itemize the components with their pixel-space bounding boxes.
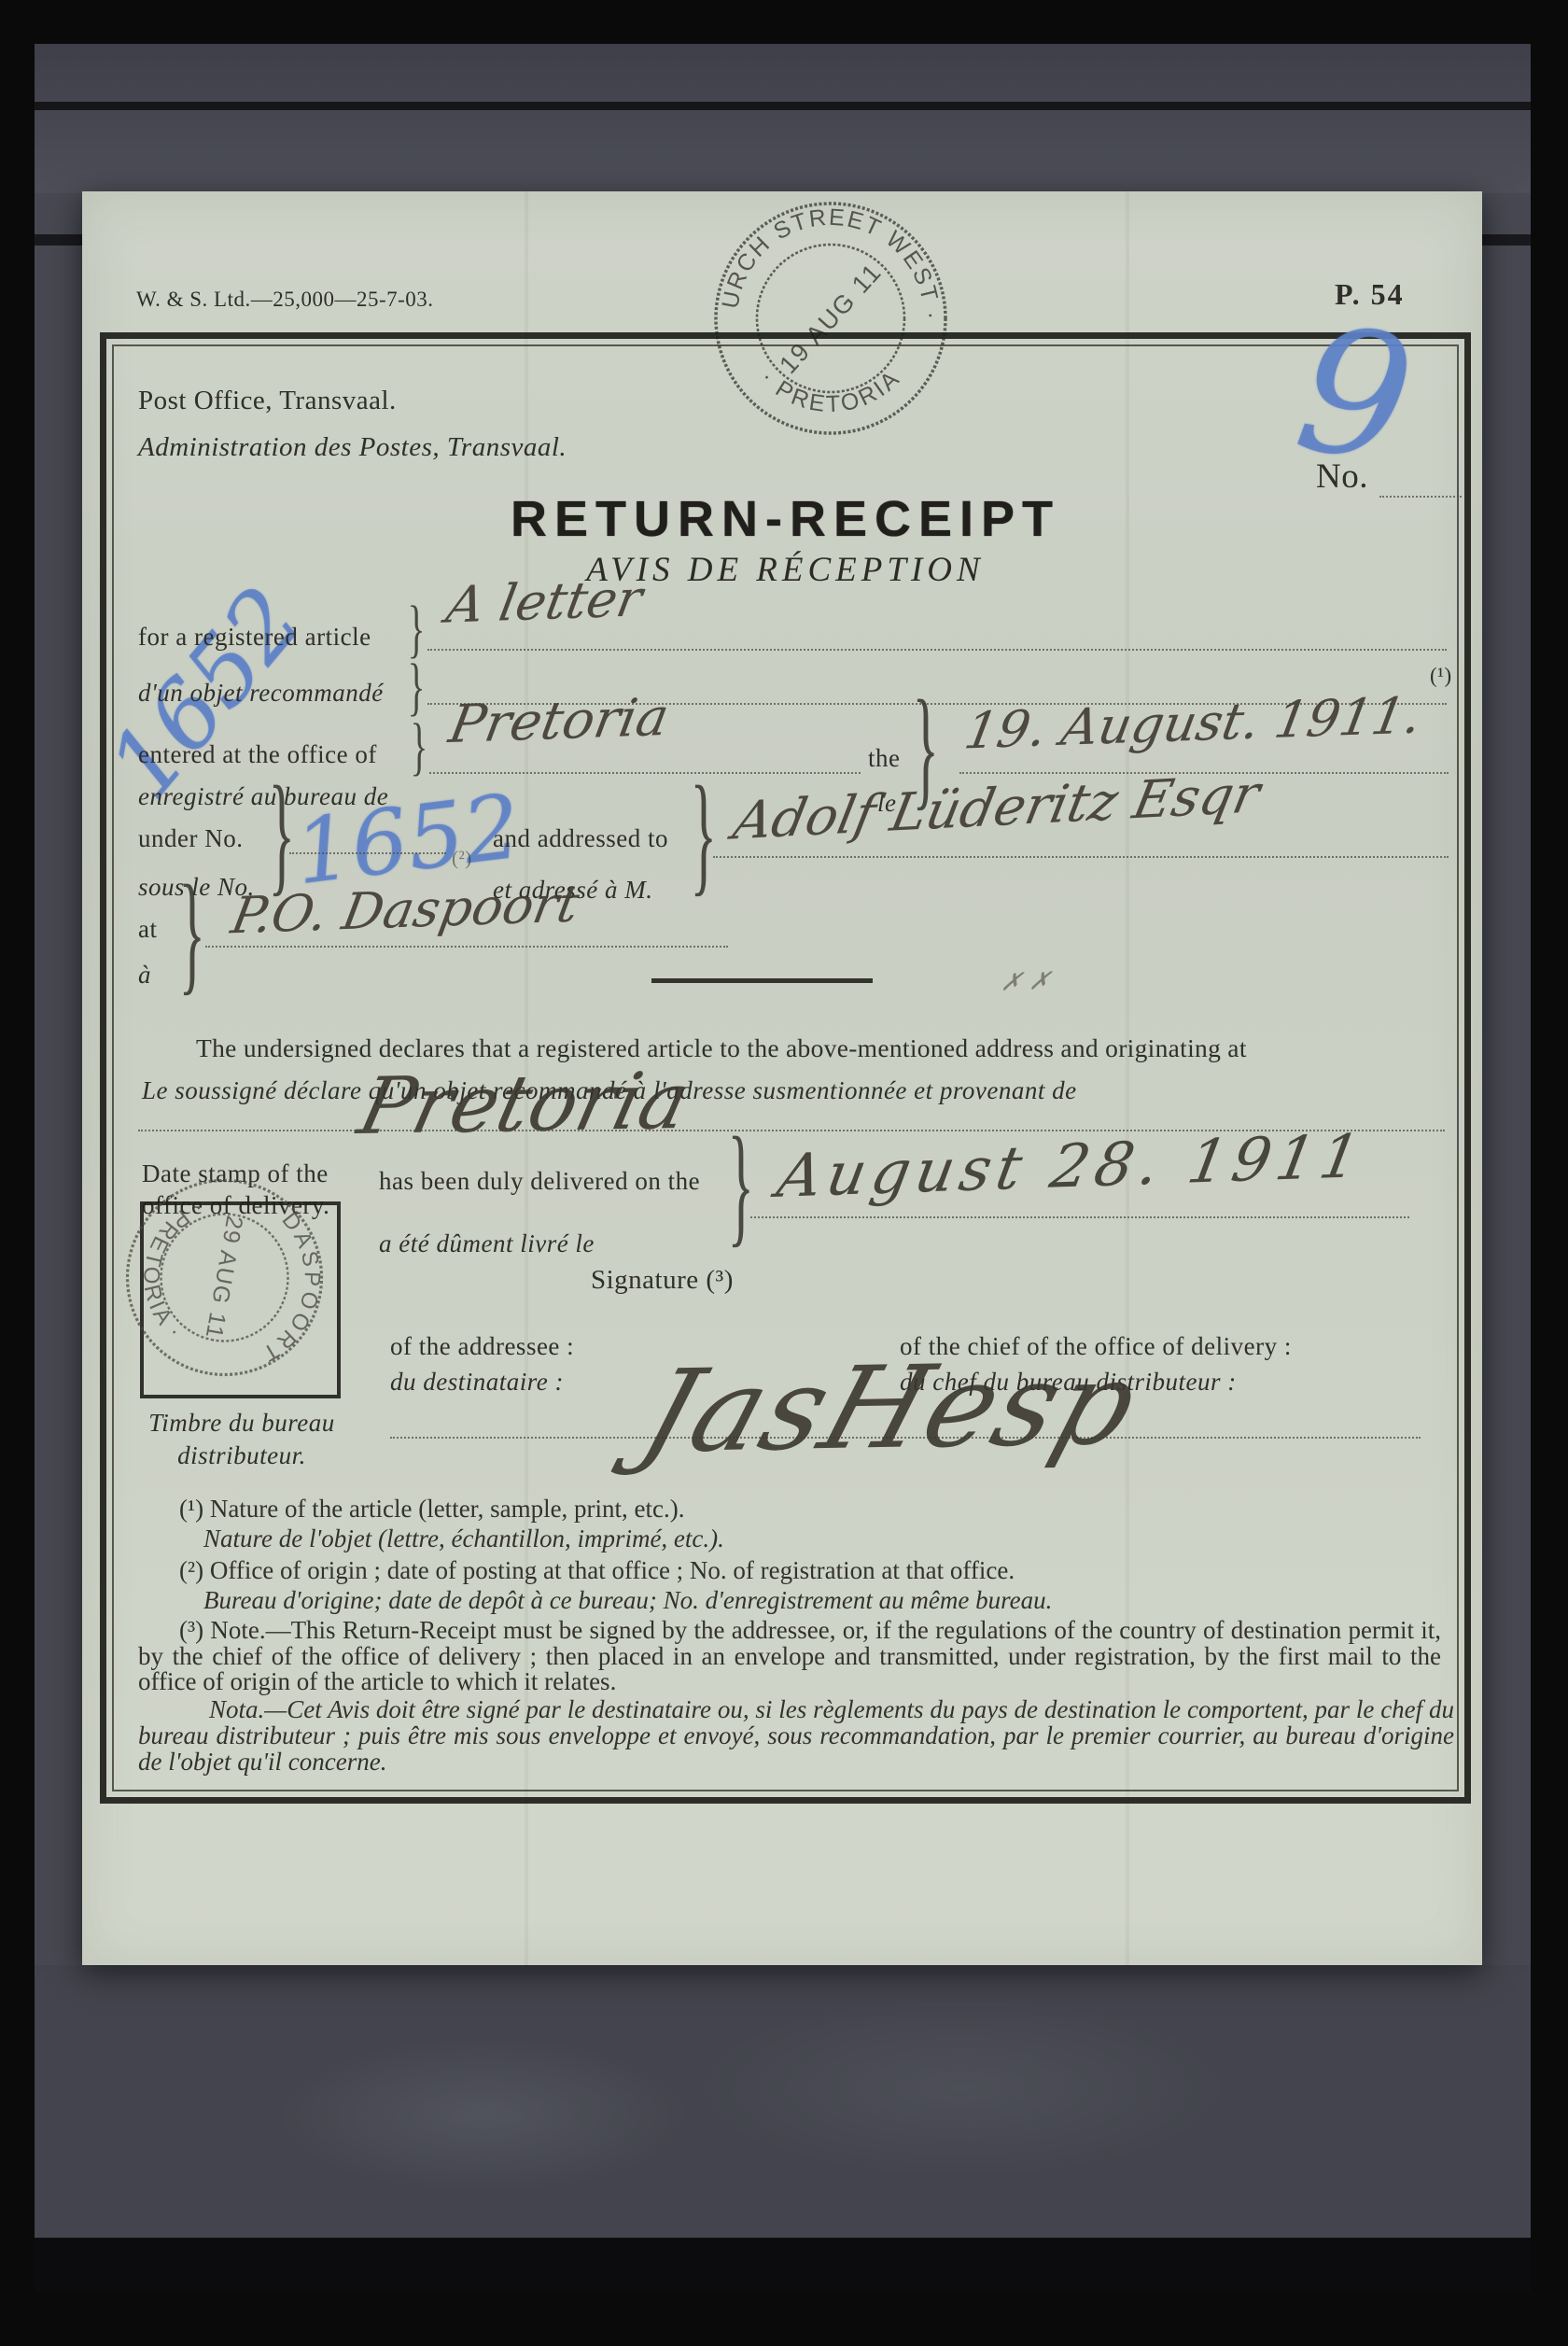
album-bottom-black-strip — [35, 2238, 1531, 2292]
signature-addressee-en: of the addressee : — [390, 1332, 574, 1361]
article-value-line — [427, 649, 1447, 651]
scan-page: { "paper": { "printer_code": "W. & S. Lt… — [0, 0, 1568, 2346]
addressee-value-line — [713, 856, 1449, 858]
brace-ornament: } — [411, 715, 428, 780]
section-divider-rule — [651, 978, 873, 983]
handwritten-ink-marks: ✗ ✗ — [999, 967, 1053, 997]
office-name-en: Post Office, Transvaal. — [138, 386, 397, 416]
footnote-ref-2: (²) — [452, 847, 472, 870]
footnote-ref-1: (¹) — [1430, 664, 1452, 688]
brace-ornament: } — [269, 767, 295, 902]
handwritten-address-value: P.O. Daspoort — [227, 875, 583, 946]
signature-addressee-fr: du destinataire : — [390, 1368, 564, 1397]
office-value-line — [429, 772, 861, 774]
date-delivered-line — [750, 1216, 1409, 1218]
postmark-daspoort: DASPOORT · PRETORIA · 29 AUG 11 — [97, 1150, 351, 1404]
footnote-2-fr: Bureau d'origine; date de depôt à ce bur… — [203, 1586, 1052, 1615]
handwritten-office-value: Pretoria — [444, 687, 673, 755]
brace-ornament: } — [728, 1118, 754, 1253]
address-value-line — [205, 946, 728, 948]
declaration-en: The undersigned declares that a register… — [196, 1033, 1247, 1063]
office-name-fr: Administration des Postes, Transvaal. — [138, 432, 567, 463]
field-registered-article-fr: d'un objet recommandé — [138, 679, 384, 708]
printer-code: W. & S. Ltd.—25,000—25-7-03. — [136, 288, 434, 312]
footnote-1-en: (¹) Nature of the article (letter, sampl… — [179, 1495, 685, 1524]
handwritten-origin-value: Pretoria — [351, 1055, 698, 1152]
form-subtitle: AVIS DE RÉCEPTION — [100, 550, 1471, 590]
svg-text:CHURCH STREET WEST · P: CHURCH STREET WEST · P — [695, 172, 945, 321]
footnote-1-fr: Nature de l'objet (lettre, échantillon, … — [203, 1524, 724, 1553]
field-entered-at-en: entered at the office of — [138, 740, 377, 769]
signature-heading: Signature (³) — [591, 1265, 734, 1296]
handwritten-article-value: A letter — [442, 569, 647, 634]
album-bottom-band — [35, 1965, 1531, 2238]
album-top-band — [35, 44, 1531, 193]
field-at-en: at — [138, 915, 158, 944]
footnote-3-fr: Nota.—Cet Avis doit être signé par le de… — [138, 1696, 1454, 1775]
postmark-date-text: 29 AUG 11 — [201, 1214, 248, 1342]
handwritten-chief-signature: JasHesp — [628, 1337, 1155, 1478]
brace-ornament: } — [691, 767, 717, 902]
field-the-en: the — [868, 744, 901, 773]
date-stamp-box-caption: Timbre du bureau distributeur. — [119, 1407, 364, 1472]
album-top-line — [35, 102, 1531, 110]
brace-ornament: } — [179, 866, 205, 1001]
footnote-2-en: (²) Office of origin ; date of posting a… — [179, 1556, 1015, 1585]
under-no-value-line — [289, 852, 446, 854]
field-registered-article-en: for a registered article — [138, 623, 371, 652]
postmark-arc-top-text: CHURCH STREET WEST · P — [695, 172, 945, 321]
delivered-on-fr: a été dûment livré le — [379, 1229, 595, 1258]
field-at-fr: à — [138, 961, 151, 990]
form-title: RETURN-RECEIPT — [100, 490, 1471, 548]
field-addressed-to-en: and addressed to — [493, 824, 668, 853]
footnote-3-en: (³) Note.—This Return-Receipt must be si… — [138, 1618, 1441, 1695]
field-under-no-en: under No. — [138, 824, 243, 853]
return-receipt-document: W. & S. Ltd.—25,000—25-7-03. P. 54 CHURC… — [82, 191, 1482, 1965]
delivered-on-en: has been duly delivered on the — [379, 1167, 700, 1196]
